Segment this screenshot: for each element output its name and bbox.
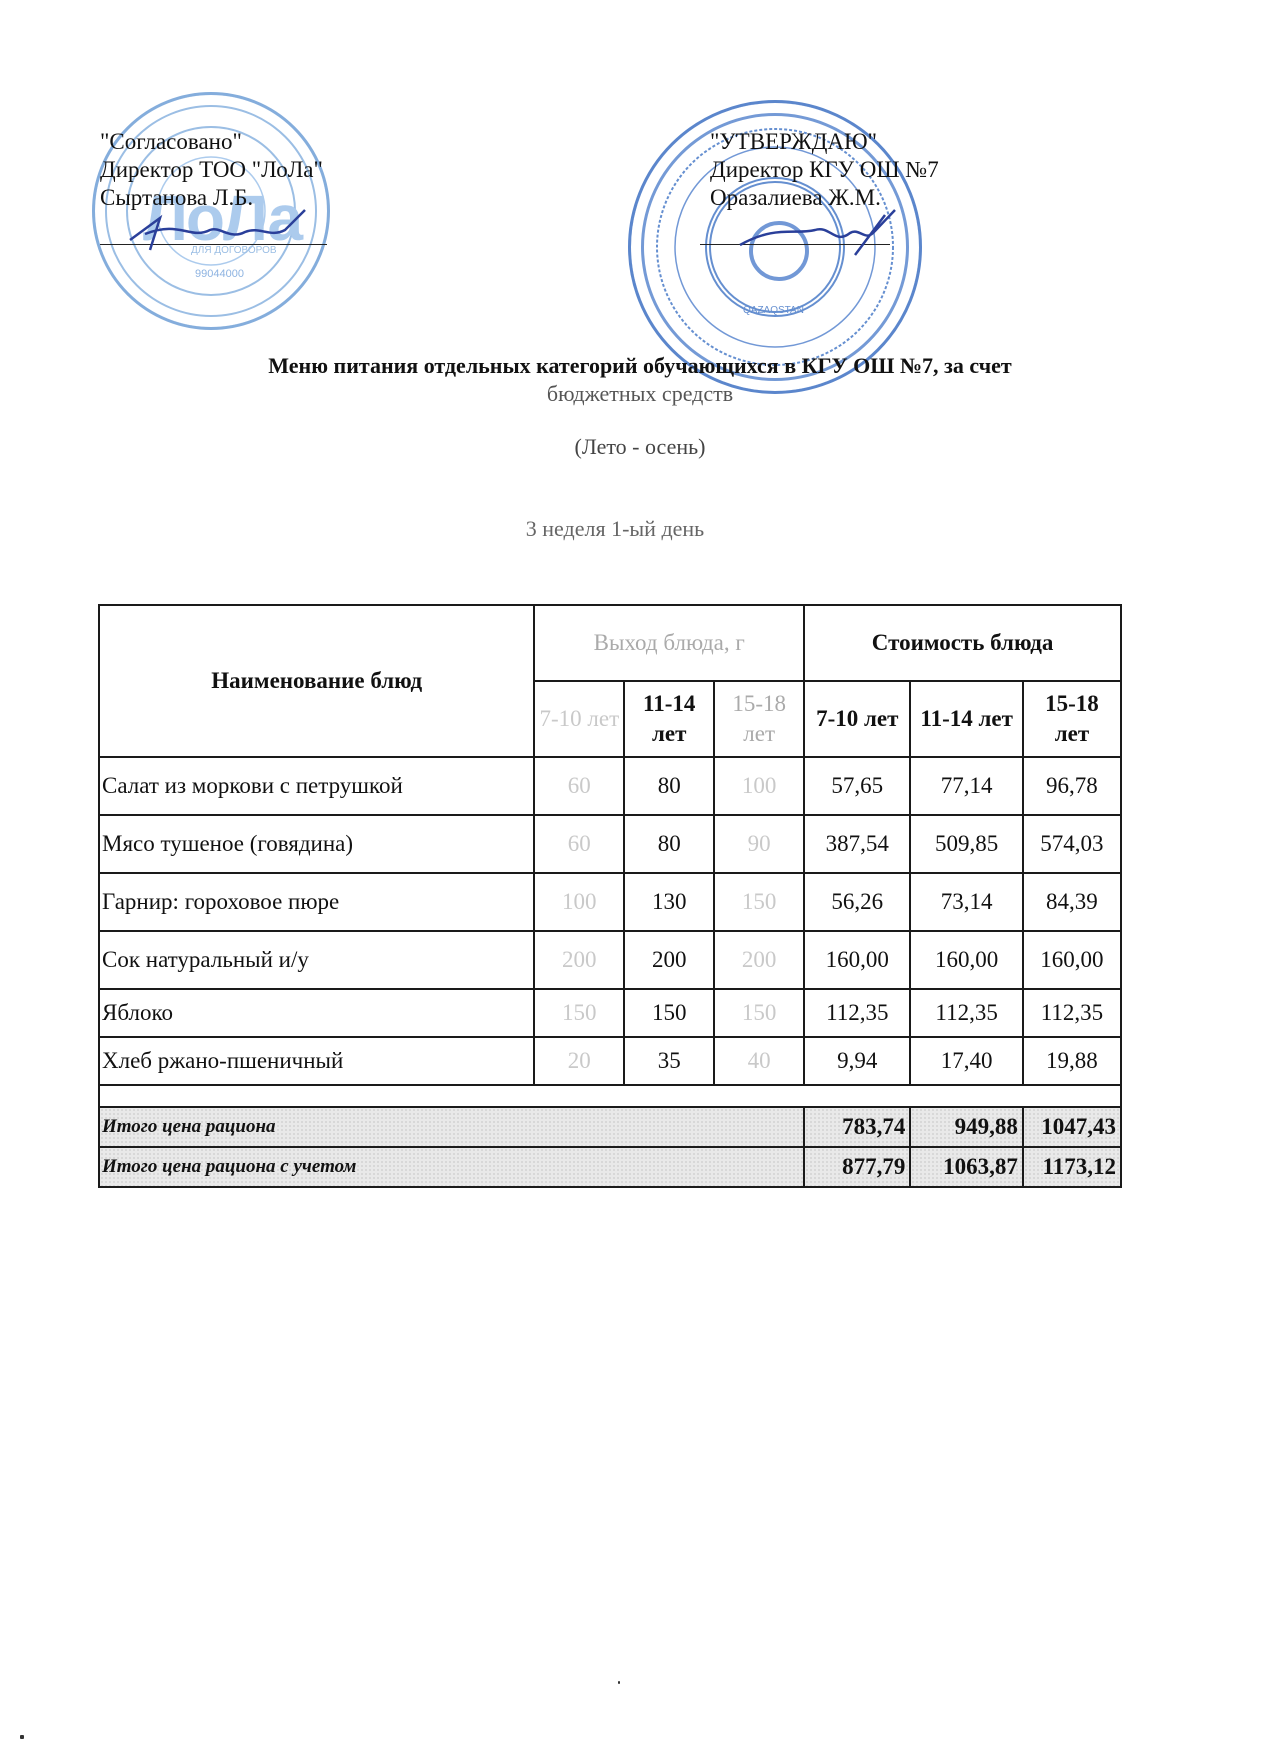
dish-yield: 90 <box>714 815 804 873</box>
dish-cost: 17,40 <box>910 1037 1022 1085</box>
dish-cost: 57,65 <box>804 757 910 815</box>
dish-cost: 112,35 <box>1023 989 1121 1037</box>
total-value: 1063,87 <box>910 1147 1022 1187</box>
menu-table: Наименование блюд Выход блюда, г Стоимос… <box>98 604 1122 1188</box>
table-row: Гарнир: гороховое пюре10013015056,2673,1… <box>99 873 1121 931</box>
table-row: Сок натуральный и/у200200200160,00160,00… <box>99 931 1121 989</box>
dish-yield: 200 <box>624 931 714 989</box>
svg-text:99044000: 99044000 <box>195 268 244 280</box>
dish-cost: 9,94 <box>804 1037 910 1085</box>
table-row: Мясо тушеное (говядина)608090387,54509,8… <box>99 815 1121 873</box>
document-title: Меню питания отдельных категорий обучающ… <box>100 352 1180 542</box>
dish-yield: 100 <box>714 757 804 815</box>
dish-yield: 200 <box>534 931 624 989</box>
dish-yield: 35 <box>624 1037 714 1085</box>
total-row: Итого цена рациона с учетом877,791063,87… <box>99 1147 1121 1187</box>
table-row: Салат из моркови с петрушкой608010057,65… <box>99 757 1121 815</box>
header-yield-age: 11-14 лет <box>624 681 714 757</box>
dish-cost: 96,78 <box>1023 757 1121 815</box>
scan-speck <box>618 1681 620 1684</box>
dish-name: Сок натуральный и/у <box>99 931 534 989</box>
dish-yield: 20 <box>534 1037 624 1085</box>
dish-cost: 160,00 <box>1023 931 1121 989</box>
dish-yield: 200 <box>714 931 804 989</box>
total-value: 949,88 <box>910 1107 1022 1147</box>
title-line-2: бюджетных средств <box>100 380 1180 408</box>
total-value: 1047,43 <box>1023 1107 1121 1147</box>
table-spacer-row <box>99 1085 1121 1107</box>
dish-yield: 150 <box>534 989 624 1037</box>
dish-cost: 84,39 <box>1023 873 1121 931</box>
header-cost-age: 11-14 лет <box>910 681 1022 757</box>
dish-cost: 160,00 <box>804 931 910 989</box>
dish-cost: 56,26 <box>804 873 910 931</box>
approval-heading: "УТВЕРЖДАЮ" <box>710 128 939 156</box>
dish-cost: 112,35 <box>910 989 1022 1037</box>
dish-cost: 112,35 <box>804 989 910 1037</box>
dish-cost: 73,14 <box>910 873 1022 931</box>
header-yield-age: 15-18 лет <box>714 681 804 757</box>
title-line-1a: Меню питания отдельных категорий обучающ… <box>268 353 778 378</box>
total-label: Итого цена рациона <box>99 1107 804 1147</box>
season-label: (Лето - осень) <box>100 434 1180 460</box>
dish-name: Хлеб ржано-пшеничный <box>99 1037 534 1085</box>
header-dish-name: Наименование блюд <box>99 605 534 757</box>
dish-cost: 387,54 <box>804 815 910 873</box>
dish-cost: 160,00 <box>910 931 1022 989</box>
total-value: 1173,12 <box>1023 1147 1121 1187</box>
dish-yield: 40 <box>714 1037 804 1085</box>
dish-yield: 130 <box>624 873 714 931</box>
header-cost-age: 7-10 лет <box>804 681 910 757</box>
signature-left-icon <box>120 200 320 265</box>
dish-name: Салат из моркови с петрушкой <box>99 757 534 815</box>
dish-yield: 60 <box>534 815 624 873</box>
approval-position: Директор ТОО "ЛоЛа" <box>100 156 327 184</box>
total-value: 877,79 <box>804 1147 910 1187</box>
dish-name: Яблоко <box>99 989 534 1037</box>
dish-yield: 150 <box>624 989 714 1037</box>
dish-cost: 19,88 <box>1023 1037 1121 1085</box>
dish-name: Гарнир: гороховое пюре <box>99 873 534 931</box>
header-cost-group: Стоимость блюда <box>804 605 1121 681</box>
approval-position: Директор КГУ ОШ №7 <box>710 156 939 184</box>
total-value: 783,74 <box>804 1107 910 1147</box>
header-yield-group: Выход блюда, г <box>534 605 804 681</box>
total-row: Итого цена рациона783,74949,881047,43 <box>99 1107 1121 1147</box>
dish-yield: 150 <box>714 989 804 1037</box>
dish-cost: 509,85 <box>910 815 1022 873</box>
dish-yield: 80 <box>624 815 714 873</box>
dish-yield: 100 <box>534 873 624 931</box>
week-day-label: 3 неделя 1-ый день <box>50 516 1180 542</box>
dish-yield: 80 <box>624 757 714 815</box>
header-cost-age: 15-18 лет <box>1023 681 1121 757</box>
header-yield-age: 7-10 лет <box>534 681 624 757</box>
dish-cost: 77,14 <box>910 757 1022 815</box>
title-line-1b: в КГУ ОШ №7, за счет <box>779 353 1012 378</box>
total-label: Итого цена рациона с учетом <box>99 1147 804 1187</box>
dish-cost: 574,03 <box>1023 815 1121 873</box>
table-row: Хлеб ржано-пшеничный2035409,9417,4019,88 <box>99 1037 1121 1085</box>
table-header-row: Наименование блюд Выход блюда, г Стоимос… <box>99 605 1121 681</box>
scan-speck <box>20 1735 24 1739</box>
approval-heading: "Согласовано" <box>100 128 327 156</box>
dish-name: Мясо тушеное (говядина) <box>99 815 534 873</box>
dish-yield: 60 <box>534 757 624 815</box>
signature-right-icon <box>735 205 905 270</box>
dish-yield: 150 <box>714 873 804 931</box>
table-row: Яблоко150150150112,35112,35112,35 <box>99 989 1121 1037</box>
